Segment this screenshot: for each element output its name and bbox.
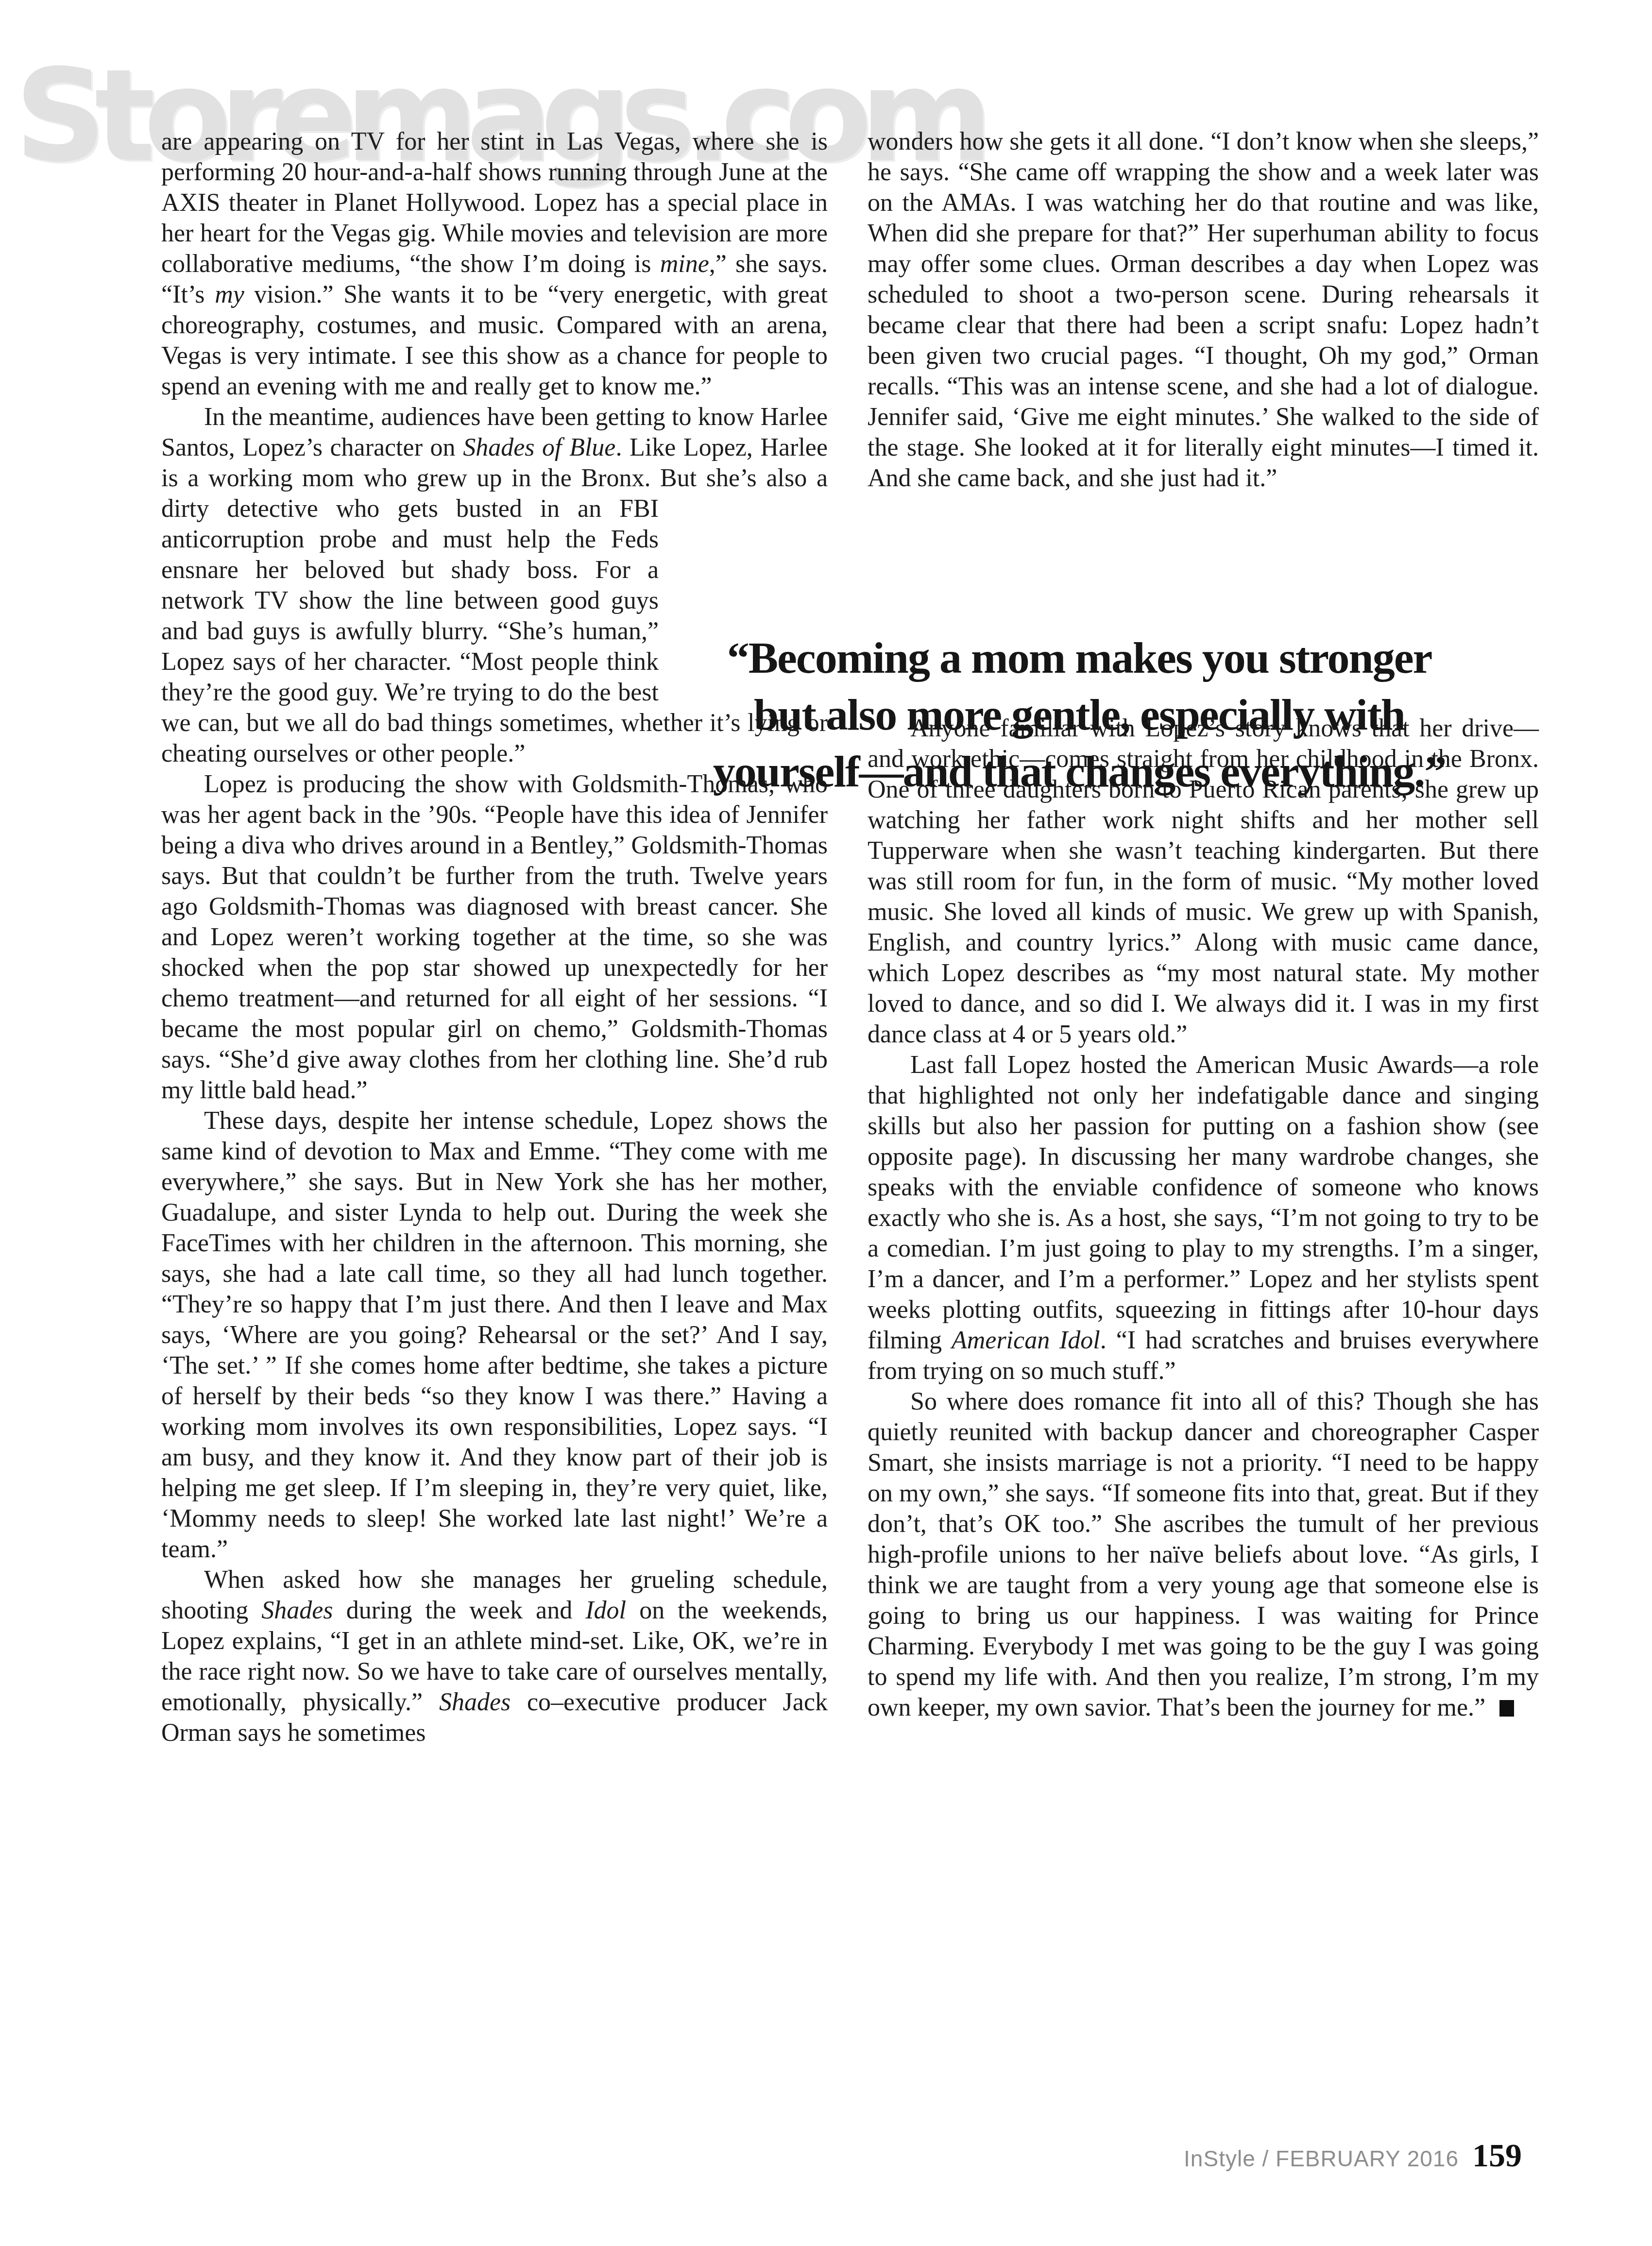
pull-quote: “Becoming a mom makes you stronger but a… [631,630,1527,800]
body-paragraph: wonders how she gets it all done. “I don… [868,126,1539,493]
body-paragraph: When asked how she manages her grueling … [161,1565,828,1748]
article-end-mark [1499,1700,1514,1717]
italic-text: Idol [585,1597,626,1624]
italic-text: Shades of Blue [463,434,615,461]
magazine-page: { "page": { "watermark": "Storemags.com"… [0,0,1652,2246]
article-column-right: wonders how she gets it all done. “I don… [868,126,1539,1723]
italic-text: mine [660,250,709,278]
body-paragraph: are appearing on TV for her stint in Las… [161,126,828,402]
pull-quote-line: but also more gentle, especially with [631,686,1527,743]
footer-credit: InStyle / FEBRUARY 2016 [1184,2145,1459,2172]
italic-text: Shades [261,1597,333,1624]
pull-quote-line: yourself—and that changes everything.” [631,743,1527,800]
body-paragraph: So where does romance fit into all of th… [868,1386,1539,1723]
footer-page-number: 159 [1472,2136,1522,2175]
body-paragraph: These days, despite her intense schedule… [161,1106,828,1565]
page-footer: InStyle / FEBRUARY 2016 159 [1184,2136,1522,2175]
italic-text: American Idol [952,1327,1100,1354]
body-paragraph: Last fall Lopez hosted the American Musi… [868,1050,1539,1386]
italic-text: my [215,281,244,308]
pull-quote-line: “Becoming a mom makes you stronger [631,630,1527,686]
italic-text: Shades [439,1688,511,1716]
body-paragraph: Lopez is producing the show with Goldsmi… [161,769,828,1106]
article-column-left: are appearing on TV for her stint in Las… [161,126,828,1748]
